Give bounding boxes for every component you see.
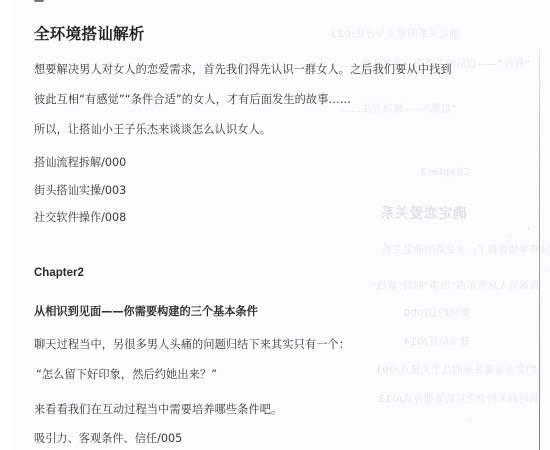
bleed-through-text: 确定关系的定义与方法/023 — [330, 25, 459, 40]
scan-speck — [415, 310, 416, 311]
scan-speck — [528, 228, 529, 229]
bleed-through-text: 告诉男人这些东西“出事”时的“底线” — [370, 277, 540, 292]
chapter-label: Chapter2 — [34, 267, 84, 279]
scan-speck — [470, 420, 471, 421]
chapter-subtitle: 从相识到见面——你需要构建的三个基本条件 — [34, 303, 258, 319]
bleed-through-text: Chapter3 — [420, 167, 470, 178]
chapter-body-line: 聊天过程当中，另很多男人头痛的问题归结下来其实只有一个： — [34, 336, 350, 352]
chapter-quote-line: “怎么留下好印象，然后约她出来？” — [36, 366, 217, 382]
intro-paragraph-line: 彼此互相“有感觉”“条件合适”的女人，才有后面发生的故事…… — [34, 91, 351, 107]
chapter-body-line: 来看看我们在互动过程当中需要培养哪些条件吧。 — [34, 401, 282, 417]
bleed-through-text: 这些事情你做了，才是真的确定关系 — [382, 241, 550, 256]
page-left-margin — [0, 0, 12, 450]
page-edge-rule — [539, 48, 540, 450]
intro-paragraph-line: 想要解决男人对女人的恋爱需求，首先我们得先认识一群女人。之后我们要从中找到 — [34, 61, 452, 77]
toc-entry: 搭讪流程拆解/000 — [34, 154, 126, 170]
bleed-through-text: 建立信任/014 — [403, 333, 469, 348]
scan-speck — [510, 235, 511, 236]
toc-entry: 街头搭讪实操/003 — [34, 182, 126, 198]
toc-entry: 社交软件操作/008 — [34, 209, 126, 225]
bleed-through-text: 如何约会/000 — [403, 304, 469, 319]
toc-entry: 吸引力、客观条件、信任/005 — [34, 430, 182, 446]
bleed-through-text: “沉默”——解决方法…… — [340, 100, 456, 115]
section-title: 全环境搭讪解析 — [34, 22, 145, 44]
bleed-through-heading: 确定恋爱关系 — [380, 203, 467, 223]
intro-paragraph-line: 所以，让搭讪小王子乐杰来谈谈怎么认识女人。 — [34, 121, 271, 137]
bleed-through-text: 约会前需要注意的几个关键点/001 — [375, 361, 536, 376]
scan-speck — [545, 270, 546, 271]
scanned-book-page: 确定关系的定义与方法/023 “打开”——以后的关系中一定要注意…… “沉默”—… — [0, 0, 550, 450]
bleed-through-text: 长时间未约会之后的处理方式/013 — [378, 390, 539, 405]
cropped-text-fragment — [34, 0, 44, 2]
